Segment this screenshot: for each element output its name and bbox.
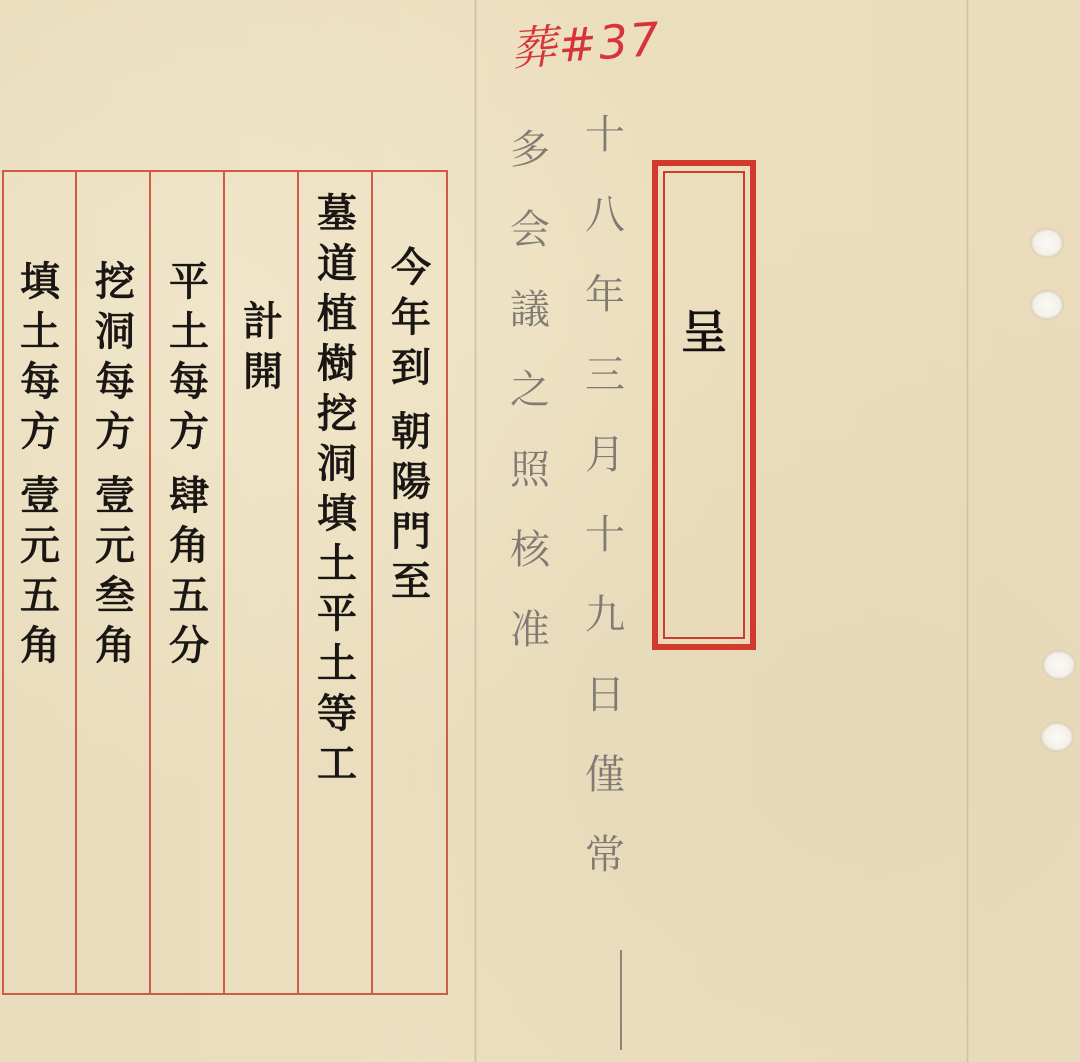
text-column-1: 今 年 到 朝 陽 門 至 — [374, 248, 448, 612]
label-box-inner-border — [663, 171, 745, 639]
glyph: 元 — [20, 526, 60, 576]
glyph: 陽 — [391, 462, 431, 512]
glyph: 洞 — [317, 444, 357, 494]
pencil-stroke — [620, 950, 622, 1050]
glyph: 角 — [95, 626, 135, 676]
glyph: 土 — [317, 644, 357, 694]
glyph: 填 — [317, 494, 357, 544]
glyph: 至 — [391, 562, 431, 612]
glyph: 叁 — [95, 576, 135, 626]
glyph: 角 — [20, 626, 60, 676]
glyph: 每 — [169, 362, 209, 412]
text-column-4: 平 土 每 方 肆 角 五 分 — [152, 262, 226, 676]
pencil-glyph: 三 — [585, 355, 625, 435]
glyph: 每 — [95, 362, 135, 412]
pencil-glyph: 照 — [510, 450, 550, 530]
pencil-glyph: 会 — [510, 210, 550, 290]
binding-hole — [1042, 650, 1076, 680]
pencil-glyph: 核 — [510, 530, 550, 610]
pencil-glyph: 日 — [585, 675, 625, 755]
glyph: 五 — [169, 576, 209, 626]
page-edge-line — [966, 0, 969, 1062]
binding-hole — [1030, 228, 1064, 258]
pencil-glyph: 八 — [585, 195, 625, 275]
text-column-5: 挖 洞 每 方 壹 元 叁 角 — [78, 262, 152, 676]
pencil-glyph: 十 — [585, 115, 625, 195]
glyph: 開 — [243, 352, 283, 402]
text-column-6: 填 土 每 方 壹 元 五 角 — [3, 262, 77, 676]
glyph: 道 — [317, 244, 357, 294]
text-column-3: 計 開 — [226, 302, 300, 402]
glyph: 平 — [169, 262, 209, 312]
glyph: 土 — [169, 312, 209, 362]
fold-line — [474, 0, 477, 1062]
glyph: 土 — [317, 544, 357, 594]
glyph: 挖 — [317, 394, 357, 444]
glyph: 今 — [391, 248, 431, 298]
pencil-glyph: 多 — [510, 130, 550, 210]
glyph: 樹 — [317, 344, 357, 394]
glyph: 肆 — [169, 476, 209, 526]
text-column-2: 墓 道 植 樹 挖 洞 填 土 平 土 等 工 — [300, 194, 374, 794]
archival-document-page: 葬#37 今 年 到 朝 陽 門 至 墓 道 植 樹 挖 洞 填 土 平 土 等… — [0, 0, 1080, 1062]
glyph: 植 — [317, 294, 357, 344]
glyph: 墓 — [317, 194, 357, 244]
glyph: 年 — [391, 298, 431, 348]
catalog-number-mark: 葬#37 — [508, 3, 663, 79]
pencil-glyph: 常 — [585, 835, 625, 915]
pencil-glyph: 僅 — [585, 755, 625, 835]
pencil-glyph: 十 — [585, 515, 625, 595]
glyph: 工 — [317, 744, 357, 794]
glyph: 方 — [169, 412, 209, 462]
glyph: 計 — [243, 302, 283, 352]
glyph: 朝 — [391, 412, 431, 462]
glyph: 方 — [95, 412, 135, 462]
pencil-approval-annotation: 多 会 議 之 照 核 准 — [510, 130, 550, 690]
glyph: 平 — [317, 594, 357, 644]
glyph: 土 — [20, 312, 60, 362]
binding-hole — [1040, 722, 1074, 752]
glyph: 到 — [391, 348, 431, 398]
glyph: 壹 — [95, 476, 135, 526]
pencil-date-annotation: 十 八 年 三 月 十 九 日 僅 常 — [585, 115, 625, 915]
label-box-character: 呈 — [658, 296, 750, 362]
pencil-glyph: 年 — [585, 275, 625, 355]
glyph: 挖 — [95, 262, 135, 312]
glyph: 每 — [20, 362, 60, 412]
pencil-glyph: 准 — [510, 610, 550, 690]
grid-rule-line — [297, 170, 299, 995]
glyph: 填 — [20, 262, 60, 312]
glyph: 角 — [169, 526, 209, 576]
glyph: 五 — [20, 576, 60, 626]
glyph: 壹 — [20, 476, 60, 526]
glyph: 門 — [391, 512, 431, 562]
pencil-glyph: 月 — [585, 435, 625, 515]
submission-label-box: 呈 — [652, 160, 756, 650]
pencil-glyph: 九 — [585, 595, 625, 675]
glyph: 元 — [95, 526, 135, 576]
glyph: 方 — [20, 412, 60, 462]
binding-hole — [1030, 290, 1064, 320]
glyph: 洞 — [95, 312, 135, 362]
pencil-glyph: 之 — [510, 370, 550, 450]
glyph: 分 — [169, 626, 209, 676]
pencil-glyph: 議 — [510, 290, 550, 370]
glyph: 等 — [317, 694, 357, 744]
